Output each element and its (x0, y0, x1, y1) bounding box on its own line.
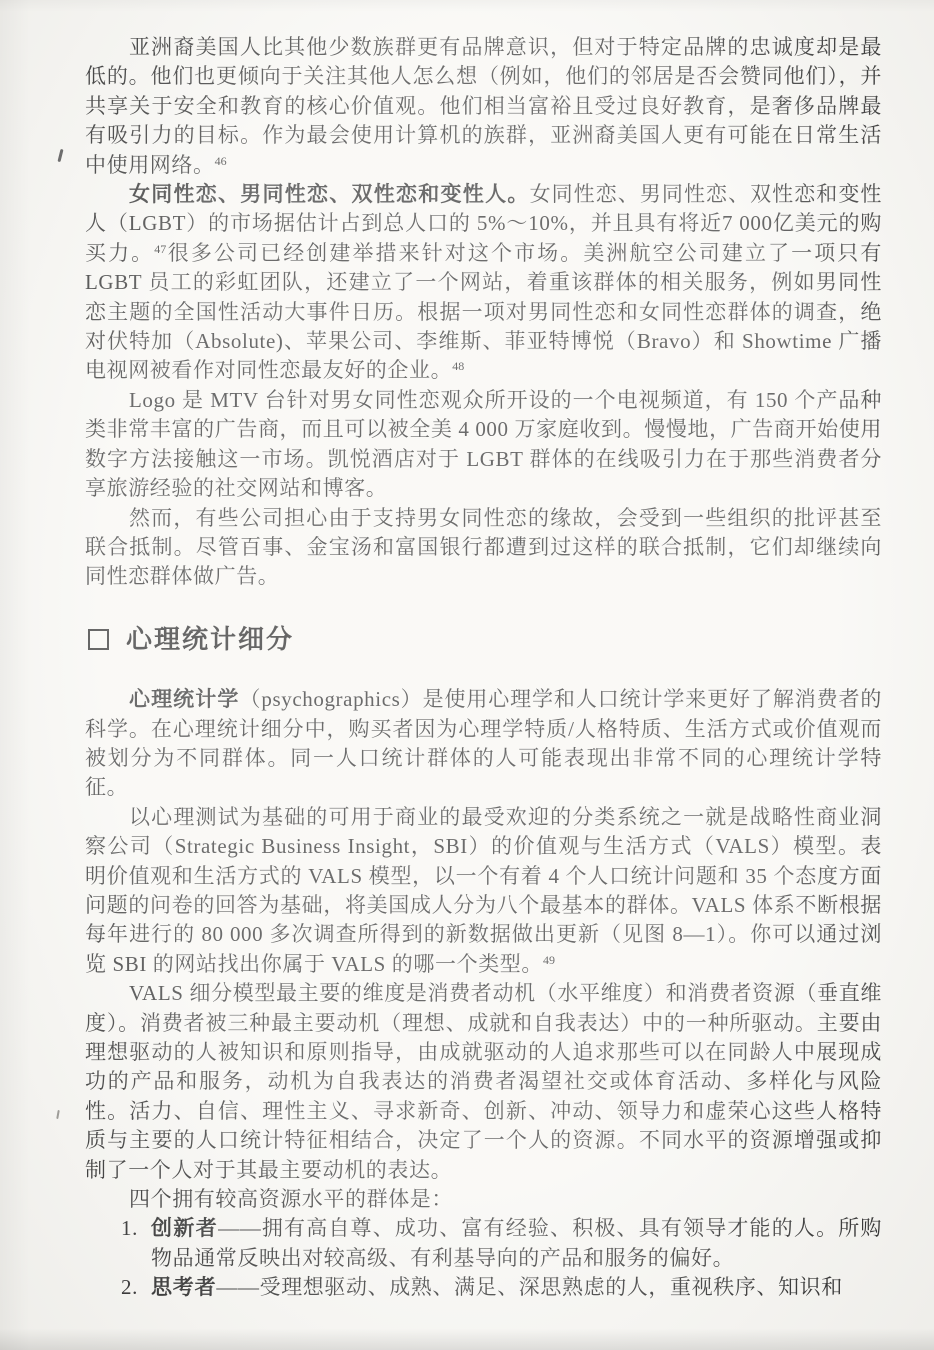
paragraph-text: 四个拥有较高资源水平的群体是： (129, 1187, 453, 1211)
vals-groups-list: 1.创新者——拥有高自尊、成功、富有经验、积极、具有领导才能的人。所购物品通常反… (85, 1214, 882, 1302)
list-item-text: ——拥有高自尊、成功、富有经验、积极、具有领导才能的人。所购物品通常反映出对较高… (151, 1216, 882, 1269)
run-in-heading-lgbt: 女同性恋、男同性恋、双性恋和变性人。 (129, 183, 530, 206)
section-heading-text: 心理统计细分 (126, 625, 294, 654)
list-item-thinkers: 2.思考者——受理想驱动、成熟、满足、深思熟虑的人，重视秩序、知识和 (85, 1273, 882, 1302)
paragraph-text: VALS 细分模型最主要的维度是消费者动机（水平维度）和消费者资源（垂直维度）。… (85, 981, 882, 1181)
paragraph-lgbt: 女同性恋、男同性恋、双性恋和变性人。女同性恋、男同性恋、双性恋和变性人（LGBT… (85, 180, 882, 386)
footnote-ref-49: 49 (543, 953, 555, 967)
paragraph-vals-intro: 以心理测试为基础的可用于商业的最受欢迎的分类系统之一就是战略性商业洞察公司（St… (85, 803, 882, 979)
list-number: 2. (121, 1273, 138, 1302)
paragraph-text: 很多公司已经创建举措来针对这个市场。美洲航空公司建立了一项只有 LGBT 员工的… (85, 241, 882, 383)
paragraph-psychographics: 心理统计学（psychographics）是使用心理学和人口统计学来更好了解消费… (85, 685, 882, 803)
scanned-book-page: 亚洲裔美国人比其他少数族群更有品牌意识，但对于特定品牌的忠诚度却是最低的。他们也… (0, 0, 934, 1350)
paragraph-boycott: 然而，有些公司担心由于支持男女同性恋的缘故，会受到一些组织的批评甚至联合抵制。尽… (85, 504, 882, 592)
section-heading: 心理统计细分 (85, 625, 882, 654)
run-in-heading-psychographics: 心理统计学 (129, 688, 239, 711)
list-item-text: ——受理想驱动、成熟、满足、深思熟虑的人，重视秩序、知识和 (216, 1275, 842, 1299)
list-item-innovators: 1.创新者——拥有高自尊、成功、富有经验、积极、具有领导才能的人。所购物品通常反… (85, 1214, 882, 1273)
footnote-ref-48: 48 (452, 359, 464, 373)
paragraph-text: 以心理测试为基础的可用于商业的最受欢迎的分类系统之一就是战略性商业洞察公司（St… (85, 805, 882, 976)
hollow-square-icon (88, 629, 109, 650)
body-text: 亚洲裔美国人比其他少数族群更有品牌意识，但对于特定品牌的忠诚度却是最低的。他们也… (85, 33, 882, 1303)
scan-artifact (56, 1110, 60, 1119)
paragraph-vals-dimensions: VALS 细分模型最主要的维度是消费者动机（水平维度）和消费者资源（垂直维度）。… (85, 979, 882, 1185)
list-number: 1. (121, 1214, 138, 1243)
paragraph-text: 然而，有些公司担心由于支持男女同性恋的缘故，会受到一些组织的批评甚至联合抵制。尽… (85, 506, 882, 589)
footnote-ref-46: 46 (215, 154, 227, 168)
list-term-innovators: 创新者 (151, 1217, 218, 1240)
paragraph-text: 亚洲裔美国人比其他少数族群更有品牌意识，但对于特定品牌的忠诚度却是最低的。他们也… (85, 35, 882, 177)
paragraph-logo-mtv: Logo 是 MTV 台针对男女同性恋观众所开设的一个电视频道，有 150 个产… (85, 386, 882, 504)
paragraph-text: Logo 是 MTV 台针对男女同性恋观众所开设的一个电视频道，有 150 个产… (85, 388, 882, 500)
scan-artifact (57, 149, 63, 162)
paragraph-groups-intro: 四个拥有较高资源水平的群体是： (85, 1185, 882, 1214)
footnote-ref-47: 47 (154, 242, 166, 256)
paragraph-asian-americans: 亚洲裔美国人比其他少数族群更有品牌意识，但对于特定品牌的忠诚度却是最低的。他们也… (85, 33, 882, 180)
list-term-thinkers: 思考者 (151, 1276, 216, 1299)
